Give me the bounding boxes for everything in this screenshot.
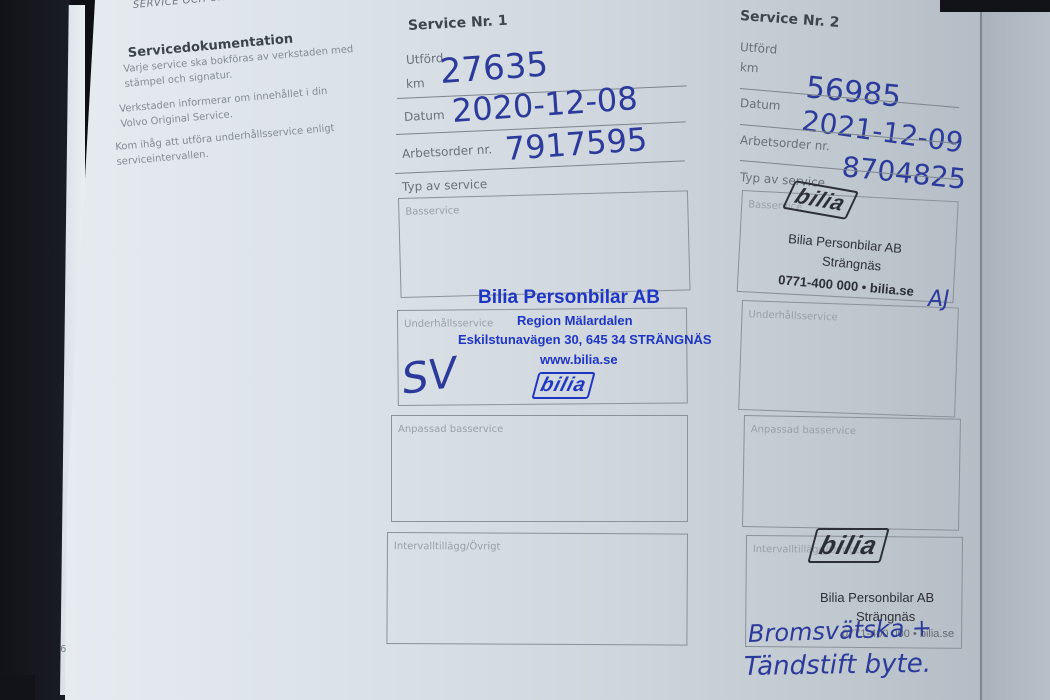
shadow (940, 0, 1050, 12)
box-label: Underhållsservice (748, 309, 837, 323)
service-box-anpassad: Anpassad basservice (742, 415, 961, 531)
stamp-region: Region Mälardalen (517, 313, 633, 328)
box-label: Underhållsservice (404, 318, 493, 330)
stamp-company: Bilia Personbilar AB (820, 590, 934, 605)
handwritten-note: Tändstift byte. (744, 649, 931, 682)
signature: AJ (928, 287, 950, 312)
km-label: Utförd (740, 40, 778, 57)
km-label: km (740, 60, 760, 75)
stamp-company: Bilia Personbilar AB (478, 287, 660, 309)
stamp-address: Eskilstunavägen 30, 645 34 STRÄNGNÄS (458, 332, 712, 347)
next-page-edge (980, 10, 1050, 700)
shadow (0, 675, 35, 700)
page-number: 6 (60, 644, 66, 655)
box-label: Intervalltillägg/Övrigt (394, 541, 501, 553)
bilia-logo-icon: bilia (531, 372, 595, 399)
bilia-logo-icon: bilia (807, 528, 889, 563)
box-label: Anpassad basservice (751, 424, 856, 437)
service-box-basservice: Basservice (398, 190, 691, 298)
service-box-intervall: Intervalltillägg/Övrigt (386, 532, 688, 646)
background-dark-edge (0, 0, 70, 700)
date-label: Datum (404, 108, 445, 124)
box-label: Anpassad basservice (398, 424, 503, 435)
stamp-web: www.bilia.se (540, 352, 618, 367)
service-type-label: Typ av service (402, 177, 488, 194)
km-value: 27635 (439, 45, 550, 92)
box-label: Basservice (405, 205, 459, 217)
date-label: Datum (740, 96, 781, 113)
km-label: km (406, 76, 425, 91)
signature: SV (399, 348, 461, 404)
service-box-underhallsservice: Underhållsservice (738, 300, 959, 418)
service-box-anpassad: Anpassad basservice (391, 415, 688, 522)
